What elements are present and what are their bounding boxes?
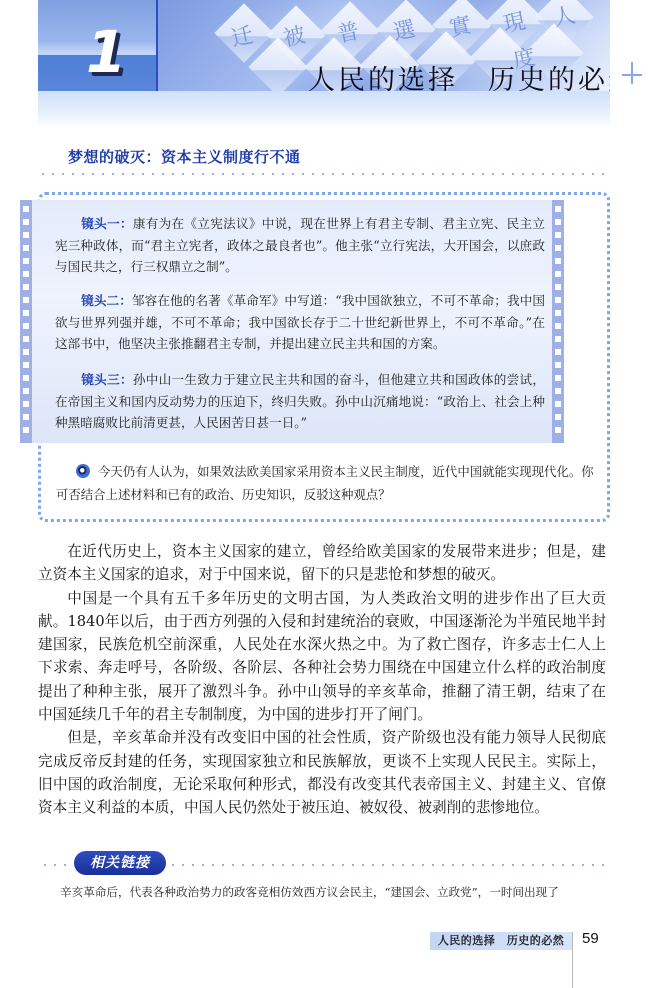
footer-rule: [572, 932, 573, 988]
related-link-badge: 相关链接: [74, 851, 166, 875]
related-link-text: 辛亥革命后，代表各种政治势力的政客竞相仿效西方议会民主，“建国会、立政党”，一时…: [60, 884, 620, 900]
paragraph: 中国是一个具有五千多年历史的文明古国，为人类政治文明的进步作出了巨大贡献。184…: [38, 587, 606, 727]
page-number: 59: [582, 930, 599, 947]
shot-1: 镜头一：康有为在《立宪法议》中说，现在世界上有君主专制、君主立宪、民主立宪三种政…: [55, 213, 545, 278]
shot-2: 镜头二：邹容在他的名著《革命军》中写道：“我中国欲独立，不可不革命；我中国欲与世…: [55, 290, 545, 355]
discussion-question: 今天仍有人认为，如果效法欧美国家采用资本主义民主制度，近代中国就能实现现代化。你…: [56, 460, 601, 506]
film-strip-right: [552, 200, 564, 443]
paragraph: 但是，辛亥革命并没有改变旧中国的社会性质，资产阶级也没有能力领导人民彻底完成反帝…: [38, 726, 606, 819]
chapter-title: 人民的选择 历史的必然: [308, 58, 610, 91]
film-holes: [23, 206, 29, 438]
eye-icon: [76, 464, 90, 478]
dotted-divider: [38, 173, 610, 175]
chapter-banner: 1 迁 被 普 選 實 現 人 度 人民的选择 历史的必然: [38, 0, 610, 128]
shot-3: 镜头三：孙中山一生致力于建立民主共和国的奋斗，但他建立共和国政体的尝试，在帝国主…: [55, 369, 545, 434]
chapter-number: 1: [86, 18, 126, 86]
film-strip-left: [20, 200, 32, 443]
chapter-number-block: 1: [38, 0, 156, 91]
banner-fade: [38, 91, 610, 128]
mast-decoration: [631, 62, 633, 84]
mast-crossbar: [622, 74, 642, 76]
film-holes: [555, 206, 561, 438]
running-title: 人民的选择 历史的必然: [430, 932, 572, 950]
dotted-divider: [40, 864, 70, 866]
question-text: 今天仍有人认为，如果效法欧美国家采用资本主义民主制度，近代中国就能实现现代化。你…: [56, 464, 594, 502]
body-text: 在近代历史上，资本主义国家的建立，曾经给欧美国家的发展带来进步；但是，建立资本主…: [38, 540, 606, 820]
shot-label: 镜头三：: [81, 372, 133, 387]
shot-label: 镜头二：: [81, 293, 132, 308]
banner-photo: 迁 被 普 選 實 現 人 度 人民的选择 历史的必然: [158, 0, 610, 91]
dotted-divider: [168, 864, 608, 866]
shot-label: 镜头一：: [81, 216, 133, 231]
paragraph: 在近代历史上，资本主义国家的建立，曾经给欧美国家的发展带来进步；但是，建立资本主…: [38, 540, 606, 587]
section-title: 梦想的破灭：资本主义制度行不通: [68, 146, 301, 167]
